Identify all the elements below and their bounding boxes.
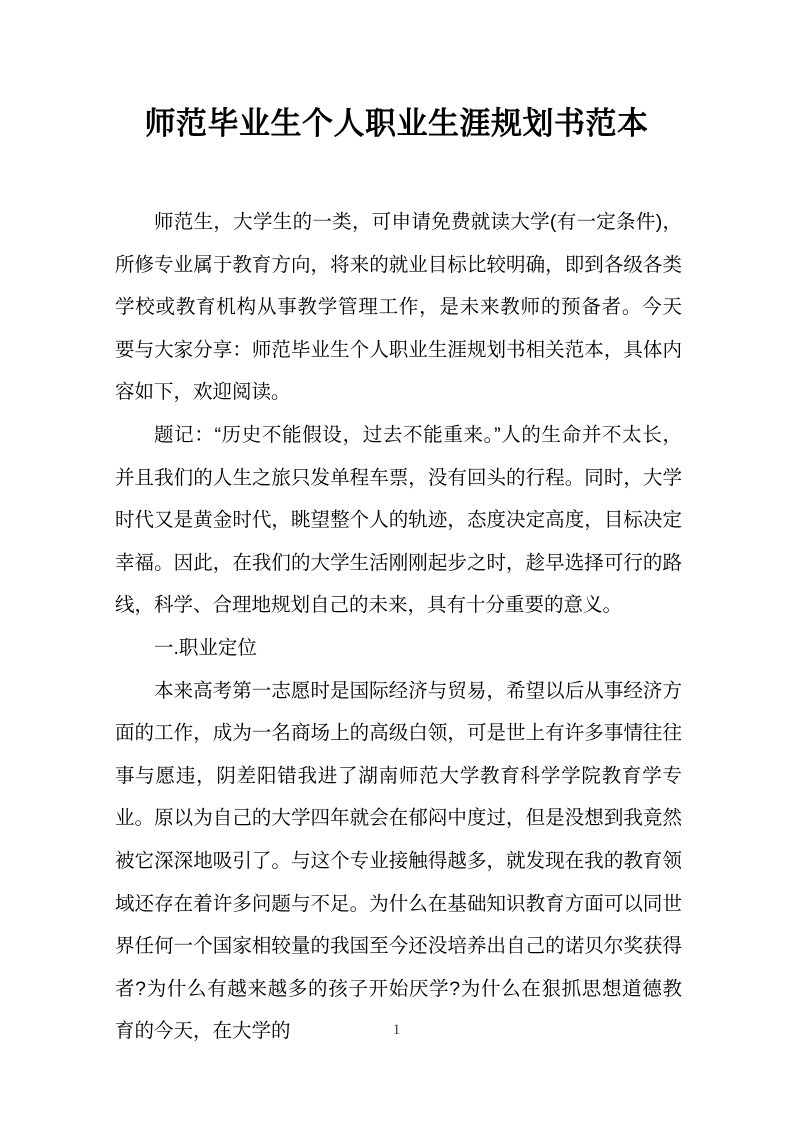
document-body: 师范生，大学生的一类，可申请免费就读大学(有一定条件)，所修专业属于教育方向，将… [115,201,682,1053]
document-title: 师范毕业生个人职业生涯规划书范本 [0,0,793,145]
paragraph: 本来高考第一志愿时是国际经济与贸易，希望以后从事经济方面的工作，成为一名商场上的… [115,670,682,1053]
paragraph: 题记：“历史不能假设，过去不能重来。”人的生命并不太长，并且我们的人生之旅只发单… [115,414,682,627]
paragraph: 一.职业定位 [115,627,682,670]
paragraph: 师范生，大学生的一类，可申请免费就读大学(有一定条件)，所修专业属于教育方向，将… [115,201,682,414]
document-page: 师范毕业生个人职业生涯规划书范本 师范生，大学生的一类，可申请免费就读大学(有一… [0,0,793,1122]
page-number: 1 [0,1021,793,1039]
